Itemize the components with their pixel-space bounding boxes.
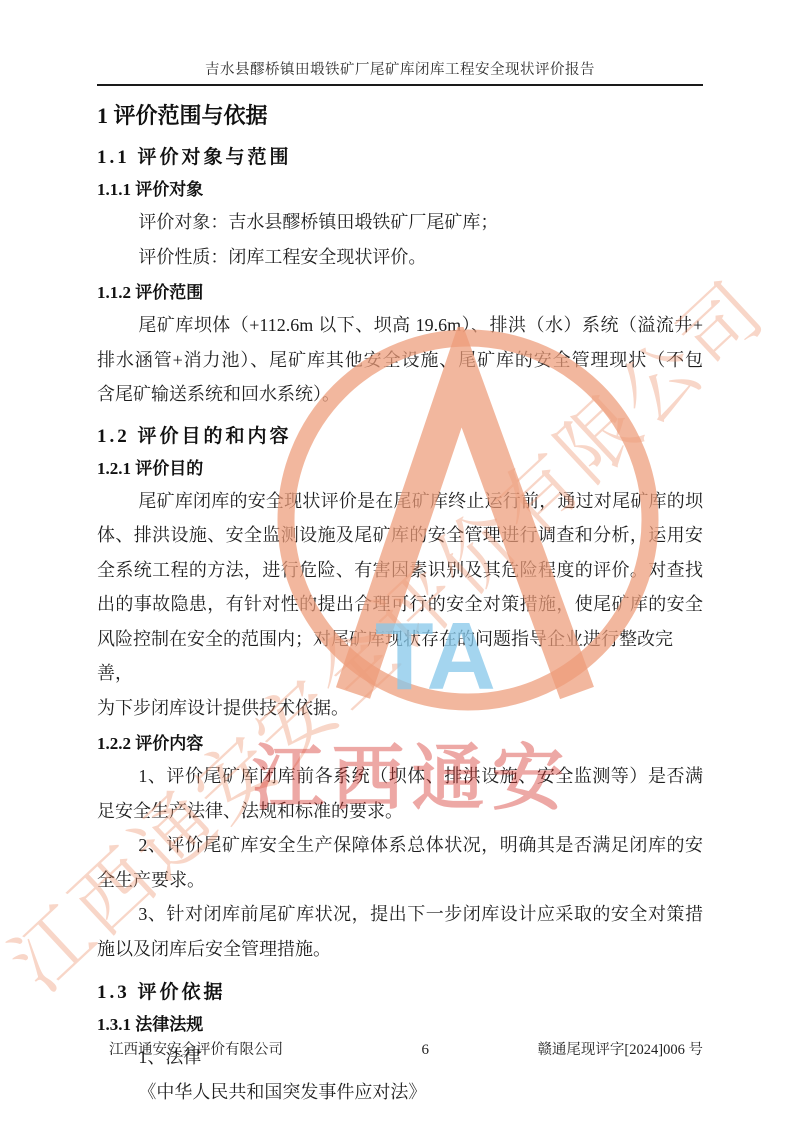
- footer-page-number: 6: [391, 1042, 429, 1059]
- body-line: 足安全生产法律、法规和标准的要求。: [97, 794, 703, 829]
- body-line: 体、排洪设施、安全监测设施及尾矿库的安全管理进行调查和分析，运用安: [97, 518, 703, 553]
- section-heading-1-1: 1.1 评价对象与范围: [97, 145, 703, 171]
- subsection-heading-1-3-1: 1.3.1 法律法规: [97, 1013, 703, 1036]
- footer-document-number: 赣通尾现评字[2024]006 号: [537, 1038, 703, 1059]
- section-heading-1-3: 1.3 评价依据: [97, 980, 703, 1006]
- body-line: 排水涵管+消力池）、尾矿库其他安全设施、尾矿库的安全管理现状（不包: [97, 343, 703, 378]
- document-content: 吉水县醪桥镇田塅铁矿厂尾矿库闭库工程安全现状评价报告 1 评价范围与依据 1.1…: [97, 58, 703, 1109]
- body-line: 尾矿库闭库的安全现状评价是在尾矿库终止运行前，通过对尾矿库的坝: [97, 484, 703, 519]
- body-line: 为下步闭库设计提供技术依据。: [97, 691, 703, 726]
- body-line: 《中华人民共和国突发事件应对法》: [97, 1075, 703, 1110]
- body-line: 尾矿库坝体（+112.6m 以下、坝高 19.6m）、排洪（水）系统（溢流井+: [97, 308, 703, 343]
- subsection-heading-1-1-1: 1.1.1 评价对象: [97, 178, 703, 201]
- document-page: 吉水县醪桥镇田塅铁矿厂尾矿库闭库工程安全现状评价报告 1 评价范围与依据 1.1…: [0, 0, 793, 1122]
- subsection-heading-1-2-1: 1.2.1 评价目的: [97, 457, 703, 480]
- body-line: 全系统工程的方法，进行危险、有害因素识别及其危险程度的评价。对查找: [97, 553, 703, 588]
- body-line: 风险控制在安全的范围内；对尾矿库现状存在的问题指导企业进行整改完善，: [97, 622, 703, 691]
- body-line: 含尾矿输送系统和回水系统）。: [97, 377, 703, 412]
- section-heading-1-2: 1.2 评价目的和内容: [97, 424, 703, 450]
- chapter-heading: 1 评价范围与依据: [97, 101, 703, 131]
- page-footer: 江西通安安全评价有限公司 6 赣通尾现评字[2024]006 号: [97, 1038, 703, 1059]
- body-line: 全生产要求。: [97, 863, 703, 898]
- body-line: 施以及闭库后安全管理措施。: [97, 932, 703, 967]
- body-line: 出的事故隐患，有针对性的提出合理可行的安全对策措施，使尾矿库的安全: [97, 587, 703, 622]
- body-line: 1、评价尾矿库闭库前各系统（坝体、排洪设施、安全监测等）是否满: [97, 759, 703, 794]
- header-title: 吉水县醪桥镇田塅铁矿厂尾矿库闭库工程安全现状评价报告: [97, 58, 703, 86]
- footer-company-name: 江西通安安全评价有限公司: [97, 1038, 283, 1059]
- body-line: 2、评价尾矿库安全生产保障体系总体状况，明确其是否满足闭库的安: [97, 828, 703, 863]
- subsection-heading-1-1-2: 1.1.2 评价范围: [97, 281, 703, 304]
- subsection-heading-1-2-2: 1.2.2 评价内容: [97, 732, 703, 755]
- body-line: 评价对象：吉水县醪桥镇田塅铁矿厂尾矿库；: [97, 205, 703, 240]
- body-line: 3、针对闭库前尾矿库状况，提出下一步闭库设计应采取的安全对策措: [97, 897, 703, 932]
- body-line: 评价性质：闭库工程安全现状评价。: [97, 240, 703, 275]
